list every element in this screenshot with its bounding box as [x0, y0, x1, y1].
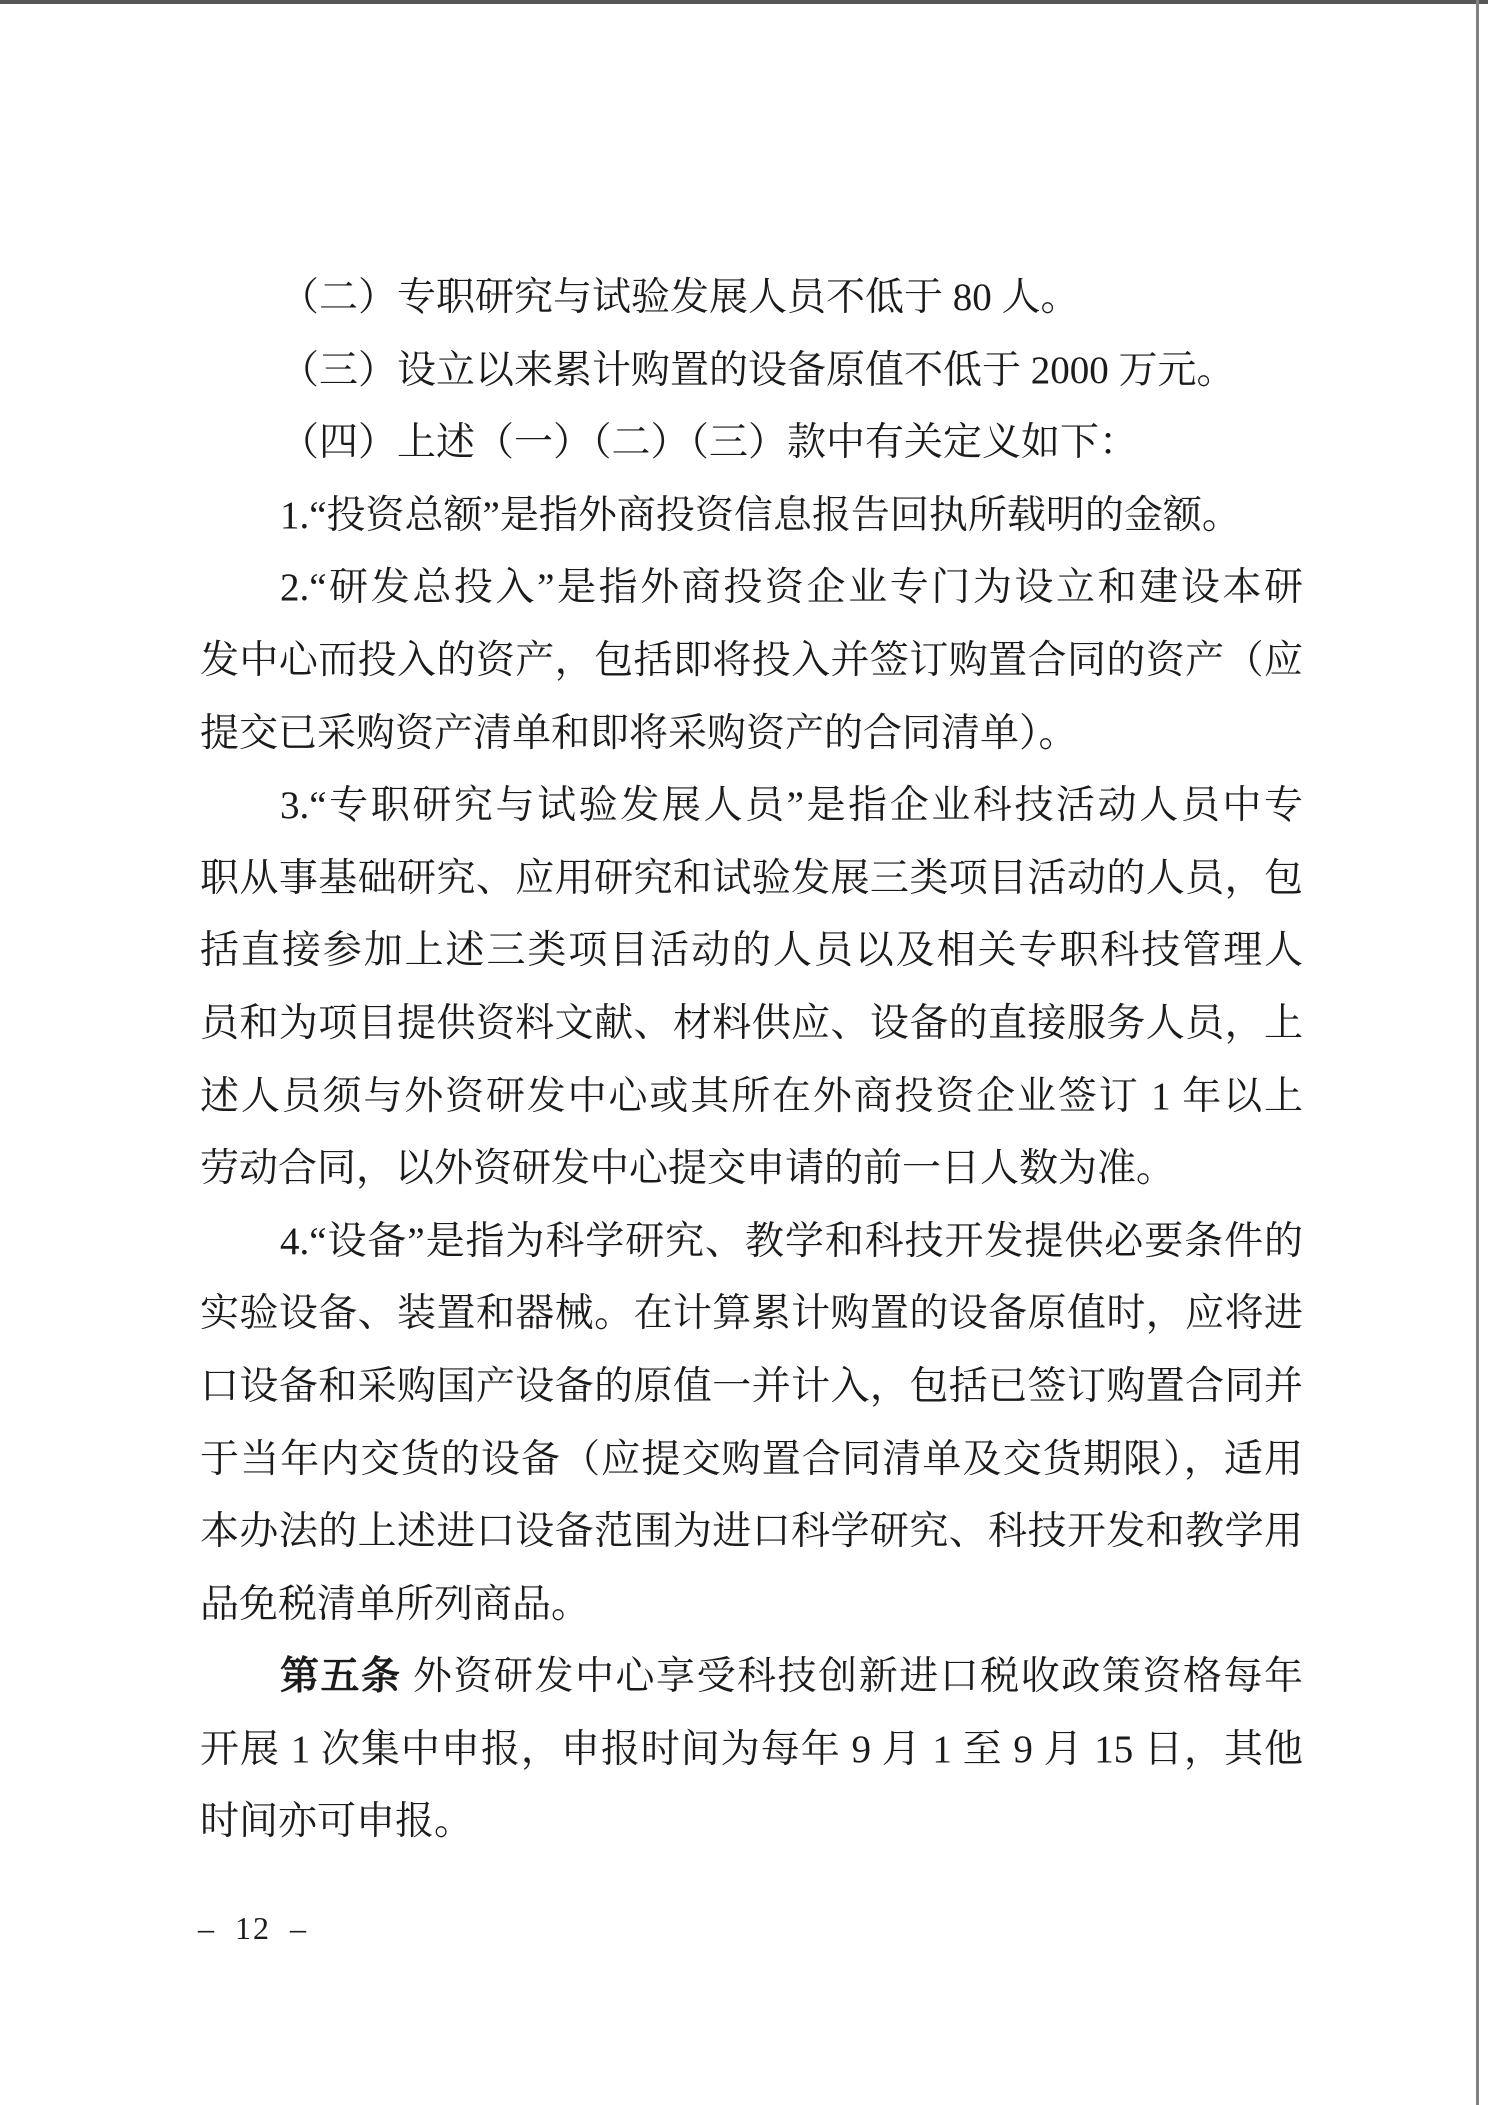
text-line-12: 述人员须与外资研发中心或其所在外商投资企业签订 1 年以上	[200, 1061, 1303, 1134]
page-top-edge-line	[0, 0, 1488, 4]
text-line-1: （二）专职研究与试验发展人员不低于 80 人。	[200, 262, 1303, 335]
text-line-20: 第五条 外资研发中心享受科技创新进口税收政策资格每年	[200, 1641, 1303, 1714]
text-line-10: 括直接参加上述三类项目活动的人员以及相关专职科技管理人	[200, 915, 1303, 988]
text-line-8: 3.“专职研究与试验发展人员”是指企业科技活动人员中专	[200, 770, 1303, 843]
text-line-11: 员和为项目提供资料文献、材料供应、设备的直接服务人员，上	[200, 988, 1303, 1061]
text-line-16: 口设备和采购国产设备的原值一并计入，包括已签订购置合同并	[200, 1351, 1303, 1424]
text-line-18: 本办法的上述进口设备范围为进口科学研究、科技开发和教学用	[200, 1496, 1303, 1569]
text-line-13: 劳动合同，以外资研发中心提交申请的前一日人数为准。	[200, 1133, 1303, 1206]
page-number: – 12 –	[198, 1906, 308, 1950]
text-line-4: 1.“投资总额”是指外商投资信息报告回执所载明的金额。	[200, 480, 1303, 553]
text-line-21: 开展 1 次集中申报，申报时间为每年 9 月 1 至 9 月 15 日，其他	[200, 1714, 1303, 1787]
text-line-15: 实验设备、装置和器械。在计算累计购置的设备原值时，应将进	[200, 1278, 1303, 1351]
text-line-2: （三）设立以来累计购置的设备原值不低于 2000 万元。	[200, 335, 1303, 408]
text-line-3: （四）上述（一）（二）（三）款中有关定义如下：	[200, 407, 1303, 480]
text-line-6: 发中心而投入的资产，包括即将投入并签订购置合同的资产（应	[200, 625, 1303, 698]
text-line-14: 4.“设备”是指为科学研究、教学和科技开发提供必要条件的	[200, 1206, 1303, 1279]
text-line-22: 时间亦可申报。	[200, 1786, 1303, 1859]
document-body: （二）专职研究与试验发展人员不低于 80 人。（三）设立以来累计购置的设备原值不…	[200, 262, 1303, 1859]
article-number-bold: 第五条	[280, 1655, 402, 1698]
text-line-9: 职从事基础研究、应用研究和试验发展三类项目活动的人员，包	[200, 843, 1303, 916]
document-page: （二）专职研究与试验发展人员不低于 80 人。（三）设立以来累计购置的设备原值不…	[0, 0, 1488, 2105]
text-line-5: 2.“研发总投入”是指外商投资企业专门为设立和建设本研	[200, 552, 1303, 625]
text-line-19: 品免税清单所列商品。	[200, 1569, 1303, 1642]
text-line-17: 于当年内交货的设备（应提交购置合同清单及交货期限），适用	[200, 1424, 1303, 1497]
page-right-edge-line	[1476, 0, 1479, 2105]
text-line-7: 提交已采购资产清单和即将采购资产的合同清单）。	[200, 698, 1303, 771]
